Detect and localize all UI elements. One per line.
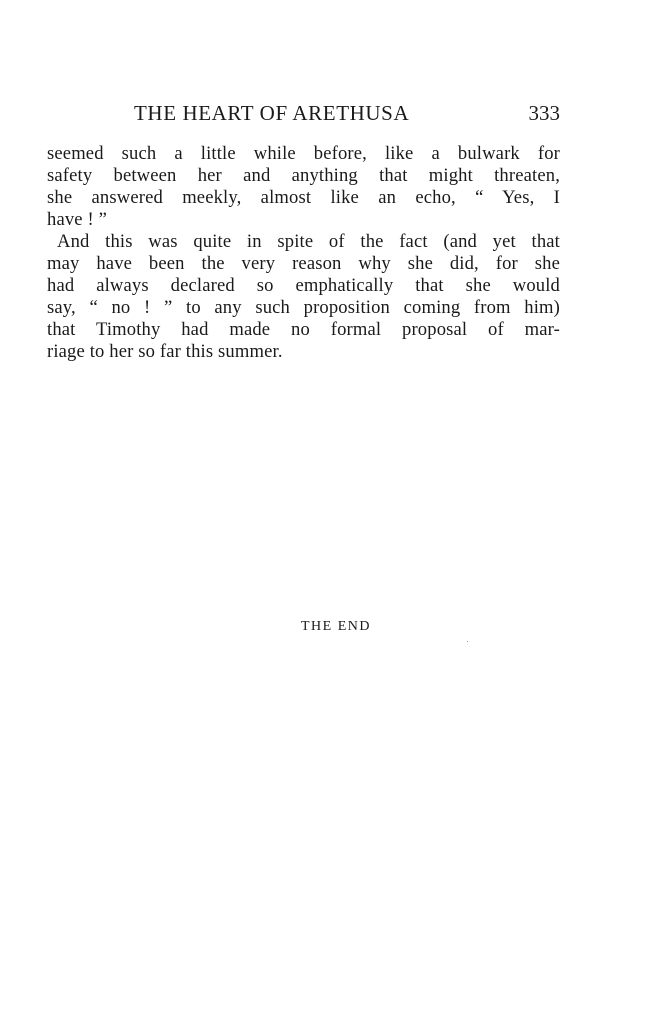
text-line: riage to her so far this summer.	[47, 341, 560, 363]
text-line: have ! ”	[47, 209, 560, 231]
text-line: that Timothy had made no formal proposal…	[47, 319, 560, 341]
page-number: 333	[529, 100, 561, 126]
book-page: THE HEART OF ARETHUSA 333 seemed such a …	[0, 0, 664, 1033]
text-line: safety between her and anything that mig…	[47, 165, 560, 187]
text-line: say, “ no ! ” to any such proposition co…	[47, 297, 560, 319]
running-title: THE HEART OF ARETHUSA	[134, 100, 409, 126]
print-speck	[467, 641, 468, 642]
text-line: seemed such a little while before, like …	[47, 143, 560, 165]
text-line: may have been the very reason why she di…	[47, 253, 560, 275]
the-end-label: THE END	[0, 619, 664, 635]
paragraph-start-line: And this was quite in spite of the fact …	[47, 231, 560, 253]
body-text: seemed such a little while before, like …	[47, 143, 560, 363]
text-line: had always declared so emphatically that…	[47, 275, 560, 297]
text-line: she answered meekly, almost like an echo…	[47, 187, 560, 209]
running-head: THE HEART OF ARETHUSA 333	[134, 100, 560, 126]
